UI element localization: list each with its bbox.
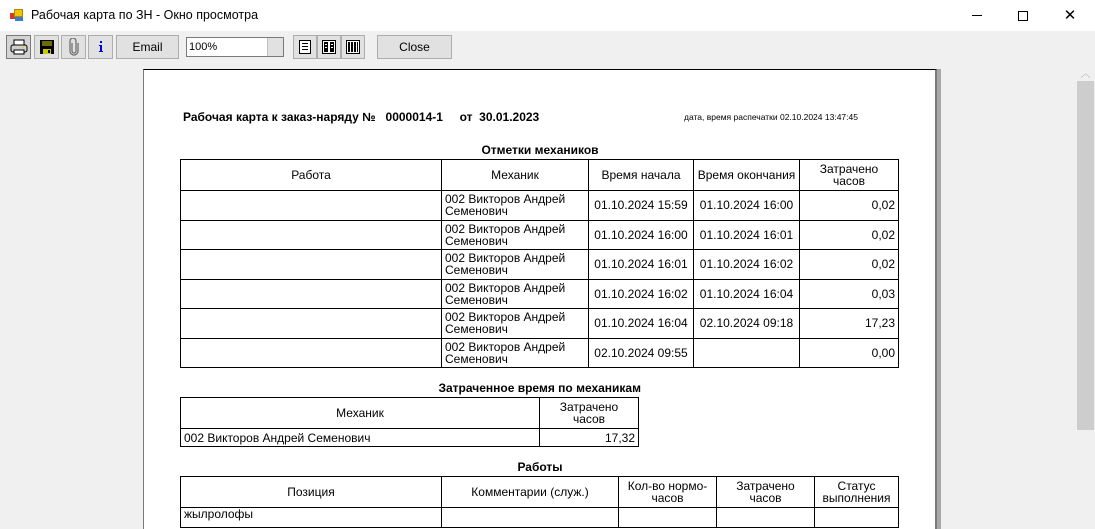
hours-cell: 0,03: [800, 279, 899, 309]
vertical-scrollbar[interactable]: ︿: [1076, 64, 1095, 515]
mechanic-cell: 002 Викторов Андрей Семенович: [442, 309, 589, 339]
work-cell: [181, 279, 442, 309]
marks-header-hours: Затрачено часов: [800, 160, 899, 191]
mechanic-cell: 002 Викторов Андрей Семенович: [181, 429, 540, 447]
app-icon: [10, 9, 24, 22]
report-page: Рабочая карта к заказ-наряду № 0000014-1…: [143, 69, 937, 515]
paperclip-icon: [68, 38, 80, 56]
table-row: 002 Викторов Андрей Семенович 01.10.2024…: [181, 220, 899, 250]
window-title: Рабочая карта по ЗН - Окно просмотра: [31, 8, 258, 22]
work-cell: [181, 250, 442, 280]
multi-page-view-button[interactable]: [341, 35, 365, 59]
mechanic-cell: 002 Викторов Андрей Семенович: [442, 220, 589, 250]
close-icon: ✕: [1064, 8, 1077, 23]
email-button[interactable]: Email: [116, 35, 179, 59]
chevron-up-icon: ︿: [1081, 65, 1091, 80]
two-pages-icon: [322, 40, 336, 54]
marks-header-end: Время окончания: [694, 160, 800, 191]
works-table: Позиция Комментарии (служ.) Кол-во нормо…: [180, 476, 899, 515]
mechanic-cell: 002 Викторов Андрей Семенович: [442, 191, 589, 221]
marks-header-start: Время начала: [589, 160, 694, 191]
table-row: 002 Викторов Андрей Семенович 02.10.2024…: [181, 338, 899, 368]
works-header-norm-hours: Кол-во нормо-часов: [619, 477, 717, 508]
floppy-disk-icon: [39, 39, 55, 55]
works-section-title: Работы: [181, 460, 899, 474]
start-cell: 01.10.2024 16:02: [589, 279, 694, 309]
window-titlebar: Рабочая карта по ЗН - Окно просмотра ✕: [0, 0, 1095, 31]
start-cell: 01.10.2024 16:01: [589, 250, 694, 280]
report-title: Рабочая карта к заказ-наряду № 0000014-1…: [183, 110, 539, 124]
time-section-title: Затраченное время по механикам: [180, 381, 641, 395]
zoom-input[interactable]: [188, 38, 268, 56]
marks-header-mechanic: Механик: [442, 160, 589, 191]
maximize-button[interactable]: [1000, 0, 1046, 31]
works-header-position: Позиция: [181, 477, 442, 508]
window-close-button[interactable]: ✕: [1047, 0, 1093, 31]
table-row: 002 Викторов Андрей Семенович 01.10.2024…: [181, 279, 899, 309]
preview-viewport[interactable]: Рабочая карта к заказ-наряду № 0000014-1…: [0, 64, 1076, 515]
hours-cell: 0,00: [800, 338, 899, 368]
end-cell: 01.10.2024 16:01: [694, 220, 800, 250]
table-row: 002 Викторов Андрей Семенович 01.10.2024…: [181, 250, 899, 280]
one-page-view-button[interactable]: [293, 35, 317, 59]
comment-cell: [442, 508, 619, 516]
start-cell: 01.10.2024 16:00: [589, 220, 694, 250]
hours-cell: [717, 508, 815, 516]
work-cell: [181, 309, 442, 339]
hours-cell: 17,32: [540, 429, 639, 447]
hours-cell: 0,02: [800, 220, 899, 250]
zoom-combobox[interactable]: [186, 37, 284, 57]
start-cell: 01.10.2024 16:04: [589, 309, 694, 339]
start-cell: 02.10.2024 09:55: [589, 338, 694, 368]
work-cell: [181, 338, 442, 368]
end-cell: 01.10.2024 16:02: [694, 250, 800, 280]
works-header-comment: Комментарии (служ.): [442, 477, 619, 508]
time-header-mechanic: Механик: [181, 398, 540, 429]
print-date: дата, время распечатки 02.10.2024 13:47:…: [684, 112, 858, 122]
save-button[interactable]: [34, 35, 59, 59]
time-by-mechanic-table: Механик Затрачено часов 002 Викторов Анд…: [180, 397, 639, 447]
marks-table: Работа Механик Время начала Время оконча…: [180, 159, 899, 368]
scroll-thumb[interactable]: [1077, 81, 1094, 430]
table-row: 002 Викторов Андрей Семенович 01.10.2024…: [181, 191, 899, 221]
norm-hours-cell: [619, 508, 717, 516]
maximize-icon: [1018, 11, 1028, 21]
close-button[interactable]: Close: [377, 35, 452, 59]
printer-icon: [10, 39, 28, 55]
table-row: 002 Викторов Андрей Семенович 01.10.2024…: [181, 309, 899, 339]
marks-section-title: Отметки механиков: [181, 143, 899, 157]
time-header-hours: Затрачено часов: [540, 398, 639, 429]
attach-button[interactable]: [61, 35, 86, 59]
scroll-up-button[interactable]: ︿: [1076, 64, 1095, 81]
toolbar: Email Close: [0, 31, 1095, 64]
info-button[interactable]: [88, 35, 113, 59]
two-page-view-button[interactable]: [317, 35, 341, 59]
one-page-icon: [299, 40, 311, 54]
start-cell: 01.10.2024 15:59: [589, 191, 694, 221]
table-row: 002 Викторов Андрей Семенович 17,32: [181, 429, 639, 447]
end-cell: 01.10.2024 16:04: [694, 279, 800, 309]
mechanic-cell: 002 Викторов Андрей Семенович: [442, 250, 589, 280]
marks-header-work: Работа: [181, 160, 442, 191]
hours-cell: 0,02: [800, 191, 899, 221]
minimize-button[interactable]: [954, 0, 1000, 31]
work-cell: [181, 191, 442, 221]
work-cell: [181, 220, 442, 250]
zoom-dropdown-button[interactable]: [267, 38, 283, 56]
print-button[interactable]: [6, 35, 31, 59]
table-row: жылролофы: [181, 508, 899, 516]
hours-cell: 0,02: [800, 250, 899, 280]
position-cell: жылролофы: [181, 508, 442, 516]
works-header-status: Статус выполнения: [815, 477, 899, 508]
end-cell: 02.10.2024 09:18: [694, 309, 800, 339]
hours-cell: 17,23: [800, 309, 899, 339]
info-icon: [97, 40, 105, 54]
end-cell: 01.10.2024 16:00: [694, 191, 800, 221]
mechanic-cell: 002 Викторов Андрей Семенович: [442, 279, 589, 309]
minimize-icon: [972, 15, 982, 16]
works-header-hours: Затрачено часов: [717, 477, 815, 508]
status-cell: [815, 508, 899, 516]
multi-page-icon: [346, 40, 360, 54]
mechanic-cell: 002 Викторов Андрей Семенович: [442, 338, 589, 368]
end-cell: [694, 338, 800, 368]
